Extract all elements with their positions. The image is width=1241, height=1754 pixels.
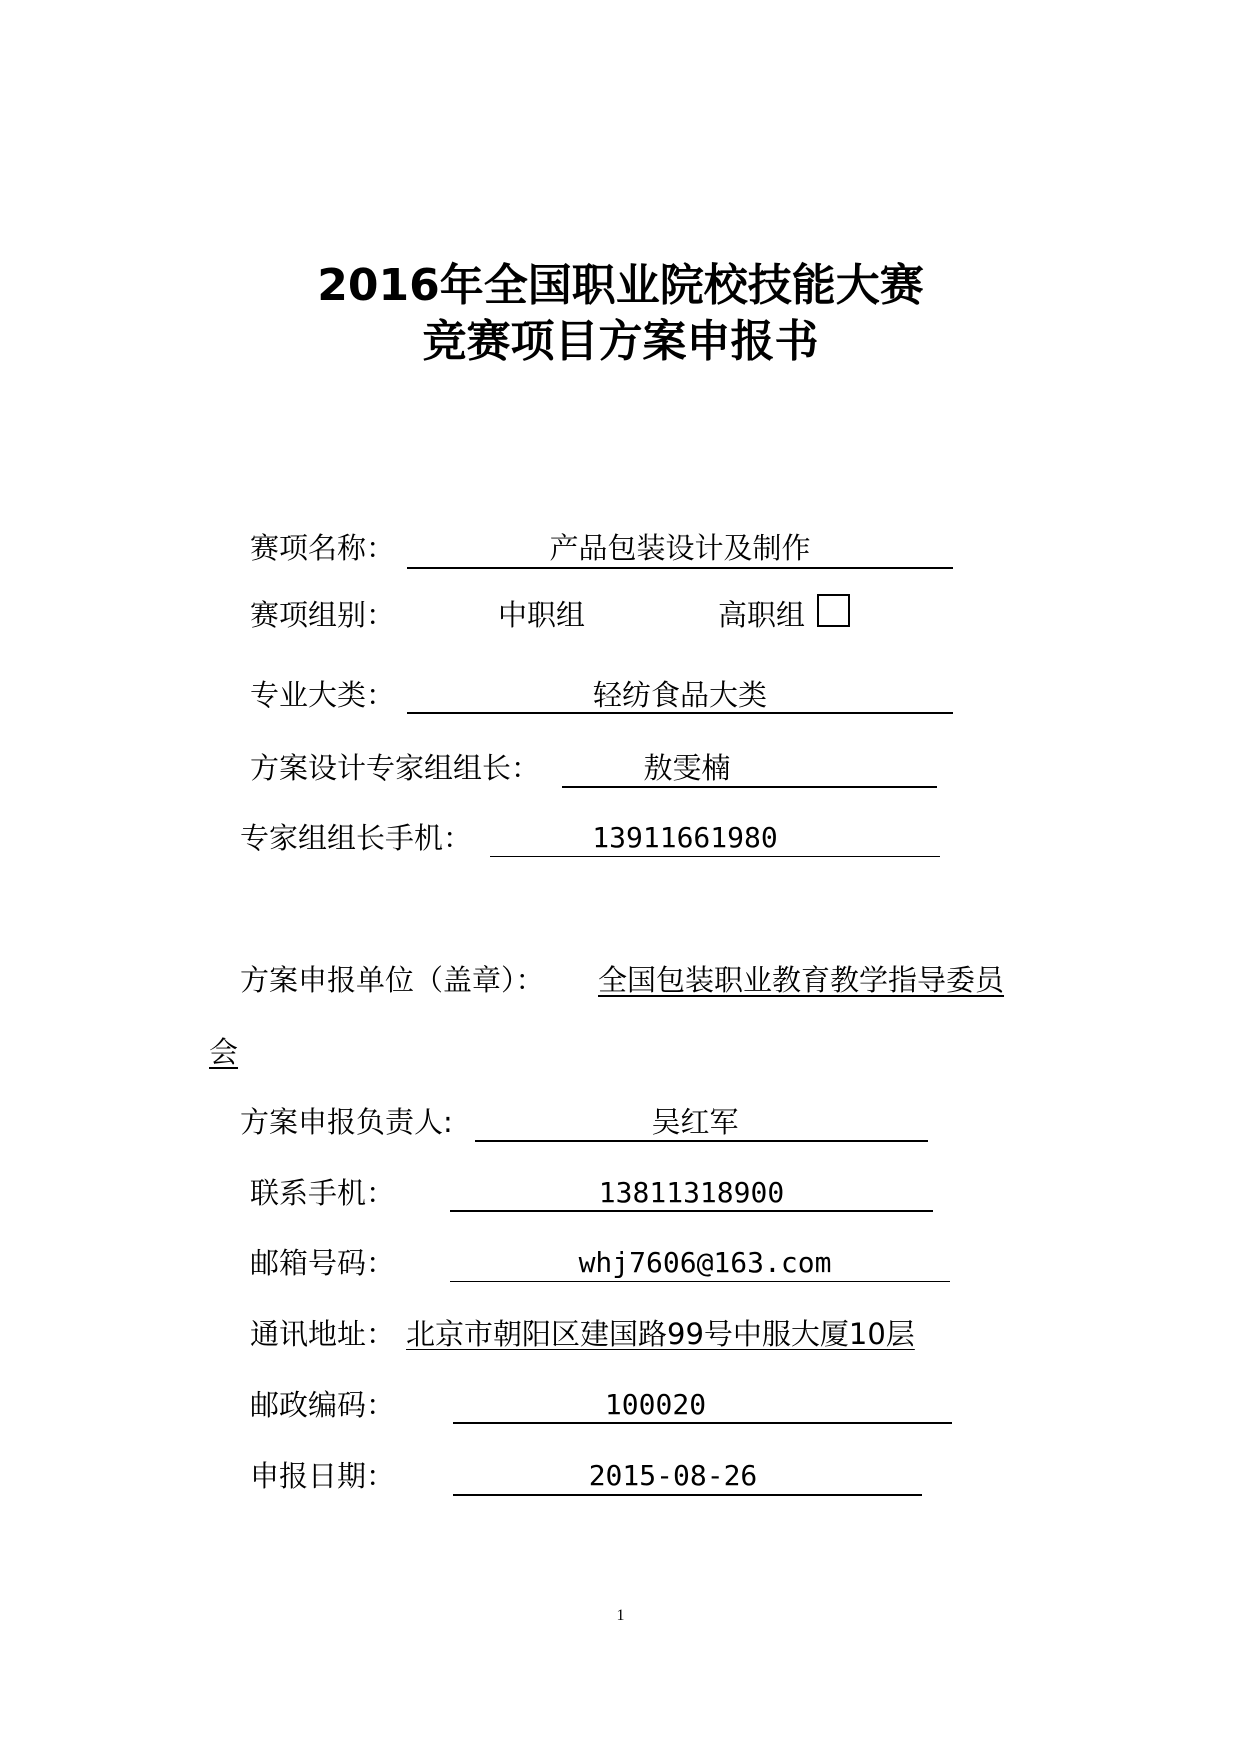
contact-phone-underline [450,1210,933,1212]
applicant-unit-value-line2: 会 [209,1034,238,1070]
event-group-label: 赛项组别： [250,597,395,633]
major-category-label: 专业大类： [250,677,395,713]
document-title-line2: 竞赛项目方案申报书 [0,316,1241,368]
application-date-underline [453,1494,922,1496]
expert-leader-phone-underline [490,856,940,857]
applicant-contact-label: 方案申报负责人: [240,1104,453,1140]
expert-leader-phone-label: 专家组组长手机： [240,820,472,856]
postal-code-underline [453,1422,952,1424]
email-label: 邮箱号码： [250,1245,395,1281]
postal-code-value: 100020 [453,1387,858,1423]
expert-leader-label: 方案设计专家组组长： [250,750,540,786]
address-value: 北京市朝阳区建国路99号中服大厦10层 [406,1316,915,1352]
contact-phone-value: 13811318900 [450,1175,933,1211]
expert-leader-value: 敖雯楠 [562,750,812,786]
address-label: 通讯地址： [250,1316,395,1352]
application-date-value: 2015-08-26 [453,1458,893,1494]
application-date-label: 申报日期： [250,1458,395,1494]
major-category-value: 轻纺食品大类 [407,677,953,713]
contact-phone-label: 联系手机： [250,1175,395,1211]
postal-code-label: 邮政编码： [250,1387,395,1423]
expert-leader-phone-value: 13911661980 [490,820,880,856]
applicant-unit-value-line1: 全国包装职业教育教学指导委员 [598,962,1004,998]
document-page: 2016年全国职业院校技能大赛 竞赛项目方案申报书 赛项名称： 产品包装设计及制… [0,0,1241,1754]
expert-leader-underline [562,786,937,788]
event-name-underline [407,567,953,569]
event-name-value: 产品包装设计及制作 [407,530,953,566]
applicant-contact-value: 吴红军 [475,1104,915,1140]
higher-vocational-checkbox[interactable] [817,594,850,627]
applicant-contact-underline [475,1140,928,1142]
group-option-higher[interactable]: 高职组 [718,597,805,633]
email-underline [450,1281,950,1282]
major-category-underline [407,712,953,714]
event-name-label: 赛项名称： [250,530,395,566]
email-value: whj7606@163.com [450,1245,960,1281]
document-title-line1: 2016年全国职业院校技能大赛 [0,260,1241,312]
group-option-secondary[interactable]: 中职组 [498,597,585,633]
applicant-unit-label: 方案申报单位（盖章）： [240,962,545,998]
page-number: 1 [0,1606,1241,1626]
